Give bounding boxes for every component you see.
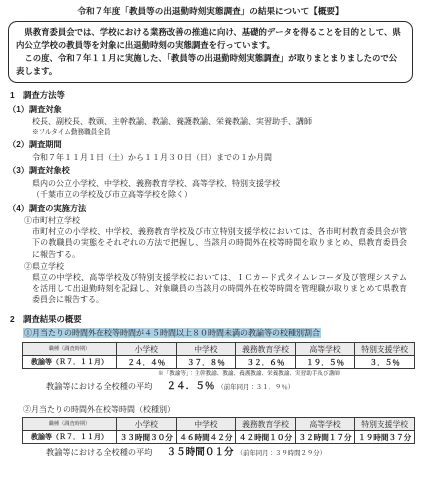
sub4-item1-title: ①市町村立学校	[24, 215, 413, 226]
page-title: 令和７年度「教員等の出退勤時刻実態調査」の結果について【概要】	[8, 5, 413, 17]
teachers-definition-note: ※「教諭等」：主幹教諭、教諭、養護教諭、栄養教諭、実習助手及び講師	[158, 370, 413, 378]
header-junior-high: 中学校	[176, 418, 236, 431]
header-special-support: 特別支援学校	[355, 418, 415, 431]
sub4-item2-body: 県立の中学校、高等学校及び特別支援学校においては、ＩＣカード式タイムレコーダ及び…	[32, 272, 413, 306]
header-high-school: 高等学校	[295, 418, 355, 431]
header-compulsory: 義務教育学校	[236, 418, 296, 431]
sub4-item2-title: ②県立学校	[24, 261, 413, 272]
header-high-school: 高等学校	[295, 343, 355, 356]
section2-heading: 2 調査結果の概要	[10, 314, 413, 326]
hours-high-school: ３２時間１７分	[295, 431, 355, 444]
average-ratio-label: 教諭等における全校種の平均	[46, 382, 152, 391]
average-hours-label: 教諭等における全校種の平均	[46, 448, 152, 457]
ratio-special-support: ３．５％	[355, 356, 415, 369]
hours-elementary: ３３時間３０分	[117, 431, 177, 444]
ratio-high-school: １９．５％	[295, 356, 355, 369]
table-header-row: 職種（調査時期） 小学校 中学校 義務教育学校 高等学校 特別支援学校	[23, 343, 415, 356]
summary-paragraph-1: 県教育委員会では、学校における業務改善の推進に向け、基礎的データを得ることを目的…	[16, 26, 405, 52]
header-elementary: 小学校	[117, 343, 177, 356]
header-special-support: 特別支援学校	[355, 343, 415, 356]
average-hours-value: ３５時間０１分	[166, 447, 233, 458]
ratio-compulsory: ３２．６％	[236, 356, 296, 369]
result1-heading: ①月当たりの時間外在校等時間が４５時間以上８０時間未満の教諭等の校種別割合	[23, 327, 413, 339]
average-hours-prev-year: （前年同月：３９時間２９分）	[237, 450, 326, 457]
table-data-row: 教諭等（Ｒ７．１１月） ３３時間３０分 ４６時間４２分 ４２時間１０分 ３２時間…	[23, 431, 415, 444]
row-label-teachers: 教諭等（Ｒ７．１１月）	[23, 431, 117, 444]
sub3-heading: （3）調査対象校	[8, 165, 413, 177]
section1-heading: 1 調査方法等	[10, 90, 413, 102]
average-hours-line: 教諭等における全校種の平均３５時間０１分（前年同月：３９時間２９分）	[46, 446, 413, 461]
sub2-body: 令和７年１１月１日（土）から１１月３０日（日）までの１か月間	[32, 152, 413, 164]
ratio-junior-high: ３７．８％	[176, 356, 236, 369]
summary-paragraph-2: この度、令和７年１１月に実施した、「教員等の出退勤時刻実態調査」が取りまとまりま…	[16, 52, 405, 78]
section-survey-results: 2 調査結果の概要 ①月当たりの時間外在校等時間が４５時間以上８０時間未満の教諭…	[8, 314, 413, 462]
section-survey-method: 1 調査方法等 （1）調査対象 校長、副校長、教頭、主幹教諭、教諭、養護教諭、栄…	[8, 90, 413, 306]
ratio-elementary: ２４．４％	[117, 356, 177, 369]
sub3-body2: （千葉市立の学校及び市立高等学校を除く）	[32, 189, 413, 201]
sub4-item1-body: 市町村立の小学校、中学校、義務教育学校及び市立特別支援学校においては、各市町村教…	[32, 226, 413, 260]
table-header-row: 職種（調査時期） 小学校 中学校 義務教育学校 高等学校 特別支援学校	[23, 418, 415, 431]
header-compulsory: 義務教育学校	[236, 343, 296, 356]
header-jobtype: 職種（調査時期）	[23, 418, 117, 431]
result2-heading: ②月当たりの時間外在校等時間（校種別）	[23, 404, 413, 416]
sub2-heading: （2）調査期間	[8, 139, 413, 151]
hours-special-support: １９時間３７分	[355, 431, 415, 444]
header-jobtype: 職種（調査時期）	[23, 343, 117, 356]
sub1-heading: （1）調査対象	[8, 104, 413, 116]
sub1-body: 校長、副校長、教頭、主幹教諭、教諭、養護教諭、栄養教諭、実習助手、講師	[32, 116, 413, 128]
average-ratio-line: 教諭等における全校種の平均２４．５％（前年同月：３１．９％）	[46, 380, 413, 395]
overtime-ratio-table: 職種（調査時期） 小学校 中学校 義務教育学校 高等学校 特別支援学校 教諭等（…	[22, 342, 415, 369]
hours-junior-high: ４６時間４２分	[176, 431, 236, 444]
sub3-body: 県内の公立小学校、中学校、義務教育学校、高等学校、特別支援学校	[32, 178, 413, 190]
summary-box: 県教育委員会では、学校における業務改善の推進に向け、基礎的データを得ることを目的…	[8, 21, 413, 83]
document-page: 令和７年度「教員等の出退勤時刻実態調査」の結果について【概要】 県教育委員会では…	[0, 0, 421, 480]
header-junior-high: 中学校	[176, 343, 236, 356]
overtime-hours-table: 職種（調査時期） 小学校 中学校 義務教育学校 高等学校 特別支援学校 教諭等（…	[22, 417, 415, 444]
sub1-note: ※フルタイム勤務職員全員	[32, 128, 413, 138]
average-ratio-prev-year: （前年同月：３１．９％）	[217, 384, 294, 391]
hours-compulsory: ４２時間１０分	[236, 431, 296, 444]
sub4-heading: （4）調査の実施方法	[8, 203, 413, 215]
row-label-teachers: 教諭等（Ｒ７．１１月）	[23, 356, 117, 369]
header-elementary: 小学校	[117, 418, 177, 431]
table-data-row: 教諭等（Ｒ７．１１月） ２４．４％ ３７．８％ ３２．６％ １９．５％ ３．５％	[23, 356, 415, 369]
result1-heading-highlight: ①月当たりの時間外在校等時間が４５時間以上８０時間未満の教諭等の校種別割合	[23, 328, 321, 338]
average-ratio-value: ２４．５％	[166, 381, 214, 392]
